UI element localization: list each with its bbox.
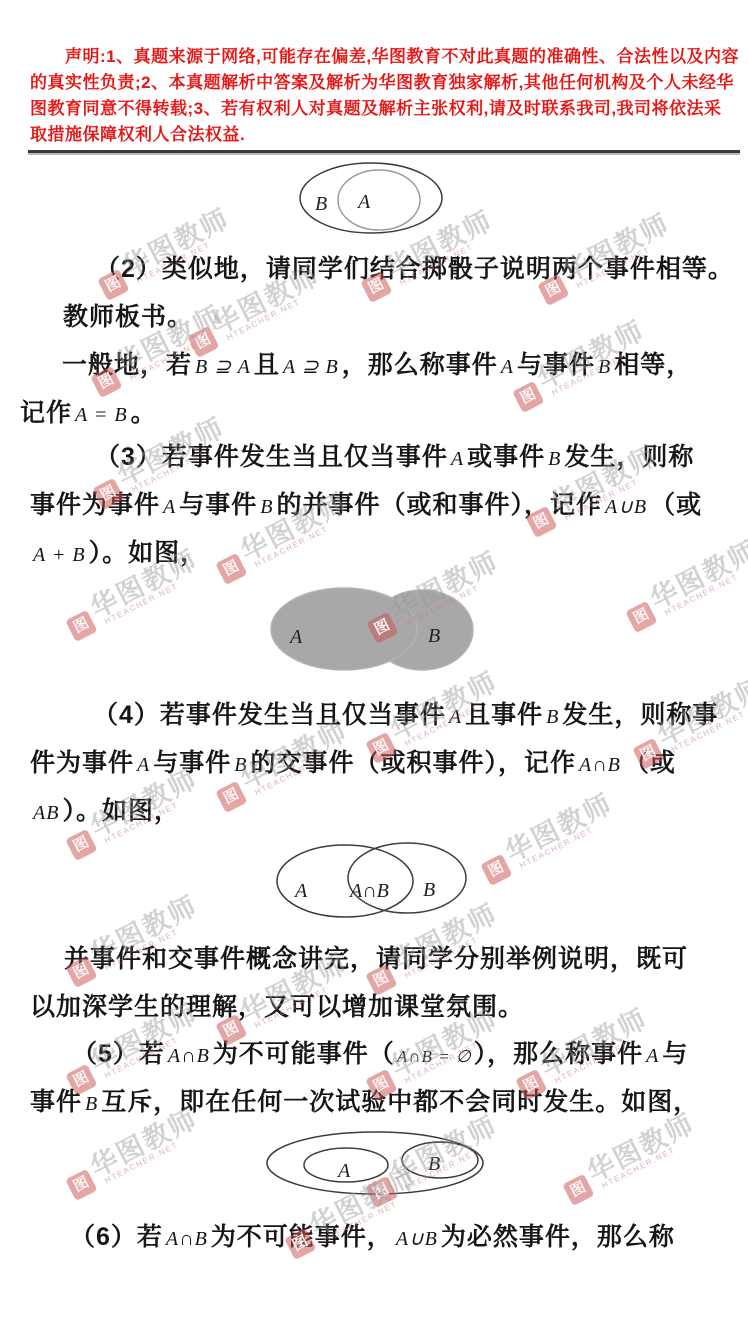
text-run: （5）若 bbox=[72, 1040, 165, 1068]
venn-union: AB bbox=[265, 585, 480, 677]
math-run: A∩B bbox=[163, 1228, 211, 1250]
diagram-label: A∩B bbox=[348, 880, 389, 902]
math-run: A bbox=[498, 356, 517, 378]
divider-rule bbox=[28, 150, 740, 155]
text-run: 且 bbox=[254, 351, 280, 379]
watermark-text: 华图教师 bbox=[647, 537, 748, 613]
watermark-subtext: HTEACHER.NET bbox=[663, 559, 748, 617]
text-run: （6）若 bbox=[70, 1223, 163, 1251]
text-line: 以加深学生的理解，又可以增加课堂氛围。 bbox=[30, 991, 524, 1023]
disclaimer-line: 图教育同意不得转载;3、若有权利人对真题及解析主张权利,请及时联系我司,我司将依… bbox=[30, 94, 722, 119]
text-run: 。 bbox=[131, 399, 157, 427]
watermark-subtext: HTEACHER.NET bbox=[225, 284, 327, 342]
text-run: 且事件 bbox=[465, 701, 543, 729]
huatu-logo-icon: 图 bbox=[512, 381, 544, 413]
text-run: ）。如图， bbox=[62, 797, 180, 825]
math-run: A∪B bbox=[393, 1228, 441, 1250]
text-run: 件为事件 bbox=[30, 749, 134, 777]
text-run: （2）类似地，请同学们结合掷骰子说明两个事件相等。 bbox=[95, 255, 734, 283]
diagram-label: B bbox=[315, 193, 327, 215]
text-run: ），那么称事件 bbox=[474, 1040, 644, 1068]
text-run: 的交事件（或积事件），记作 bbox=[250, 749, 576, 777]
text-run: 发生，则称 bbox=[564, 443, 694, 471]
text-run: （4）若事件发生当且仅当事件 bbox=[93, 701, 446, 729]
text-run: 为不可能事件（ bbox=[213, 1040, 395, 1068]
diagram-label: A bbox=[336, 1160, 351, 1182]
watermark-subtext: HTEACHER.NET bbox=[103, 568, 205, 626]
text-run: 一般地，若 bbox=[62, 351, 192, 379]
disclaimer-line: 的真实性负责;2、本真题解析中答案及解析为华图教育独家解析,其他任何机构及个人未… bbox=[30, 68, 734, 93]
text-run: 的并事件（或和事件），记作 bbox=[276, 491, 602, 519]
text-run: 为必然事件，那么称 bbox=[441, 1223, 675, 1251]
watermark-text: 华图教师 bbox=[584, 1110, 699, 1186]
math-run: A bbox=[160, 496, 179, 518]
watermark: 图华图教师HTEACHER.NET bbox=[621, 537, 748, 633]
text-line: 并事件和交事件概念讲完，请同学分别举例说明，既可 bbox=[64, 943, 688, 975]
text-line: 一般地，若B ⊇ A且A ⊇ B，那么称事件A与事件B相等， bbox=[62, 349, 692, 383]
diagram-label: A bbox=[293, 880, 308, 902]
huatu-logo-icon: 图 bbox=[480, 854, 512, 886]
math-run: B bbox=[543, 706, 562, 728]
diagram-label: A bbox=[288, 626, 303, 648]
text-run: （3）若事件发生当且仅当事件 bbox=[95, 443, 448, 471]
watermark-text: 华图教师 bbox=[502, 790, 617, 866]
text-line: 记作A = B。 bbox=[20, 397, 157, 431]
math-run: B bbox=[545, 448, 564, 470]
text-run: 为不可能事件， bbox=[211, 1223, 393, 1251]
watermark: 图华图教师HTEACHER.NET bbox=[558, 1110, 703, 1206]
math-run: A = B bbox=[72, 404, 131, 426]
text-run: 并事件和交事件概念讲完，请同学分别举例说明，既可 bbox=[64, 945, 688, 973]
text-run: ）。如图， bbox=[89, 539, 207, 567]
diagram-label: A bbox=[356, 191, 371, 213]
venn-mutually-exclusive: AB bbox=[262, 1125, 494, 1205]
text-run: 发生，则称事 bbox=[562, 701, 718, 729]
venn-ellipse bbox=[348, 843, 466, 913]
text-line: （5）若A∩B为不可能事件（A∩B = ∅），那么称事件A与 bbox=[72, 1038, 688, 1073]
math-run: A bbox=[446, 706, 465, 728]
document-page: 图华图教师HTEACHER.NET图华图教师HTEACHER.NET图华图教师H… bbox=[0, 0, 748, 1335]
math-run: A∪B bbox=[602, 496, 650, 518]
text-run: 以加深学生的理解，又可以增加课堂氛围。 bbox=[30, 993, 524, 1021]
venn-ellipse bbox=[338, 170, 420, 230]
math-run: B bbox=[257, 496, 276, 518]
math-run: A∩B bbox=[165, 1045, 213, 1067]
text-run: 与事件 bbox=[153, 749, 231, 777]
venn-subset: BA bbox=[295, 160, 455, 240]
math-run: A∩B bbox=[576, 754, 624, 776]
math-run: A ⊇ B bbox=[280, 356, 342, 378]
text-run: 事件为事件 bbox=[30, 491, 160, 519]
math-run: A bbox=[134, 754, 153, 776]
disclaimer-line: 声明:1、真题来源于网络,可能存在偏差,华图教育不对此真题的准确性、合法性以及内… bbox=[65, 42, 739, 67]
text-line: 事件B互斥，即在任何一次试验中都不会同时发生。如图， bbox=[30, 1086, 699, 1120]
watermark-subtext: HTEACHER.NET bbox=[103, 1127, 205, 1185]
watermark-text-group: 华图教师HTEACHER.NET bbox=[502, 790, 621, 873]
diagram-label: B bbox=[428, 1153, 440, 1175]
math-run: A∩B = ∅ bbox=[395, 1047, 474, 1066]
huatu-logo-icon: 图 bbox=[215, 781, 247, 813]
text-run: 教师板书。 bbox=[63, 303, 193, 331]
text-run: 互斥，即在任何一次试验中都不会同时发生。如图， bbox=[101, 1088, 699, 1116]
text-line: A + B）。如图， bbox=[30, 537, 206, 571]
huatu-logo-icon: 图 bbox=[625, 601, 657, 633]
venn-intersection: AA∩BB bbox=[270, 838, 475, 924]
math-run: A + B bbox=[30, 544, 89, 566]
text-run: 与 bbox=[662, 1040, 688, 1068]
math-run: B bbox=[82, 1093, 101, 1115]
diagram-label: B bbox=[423, 879, 435, 901]
text-line: AB）。如图， bbox=[30, 795, 180, 829]
disclaimer-line: 取措施保障权利人合法权益. bbox=[30, 120, 245, 145]
watermark-text-group: 华图教师HTEACHER.NET bbox=[584, 1110, 703, 1193]
watermark-text-group: 华图教师HTEACHER.NET bbox=[647, 537, 748, 620]
text-run: （或 bbox=[650, 491, 702, 519]
math-run: AB bbox=[30, 802, 62, 824]
text-line: （2）类似地，请同学们结合掷骰子说明两个事件相等。 bbox=[95, 253, 734, 285]
math-run: B ⊇ A bbox=[192, 356, 254, 378]
text-run: 记作 bbox=[20, 399, 72, 427]
watermark: 图华图教师HTEACHER.NET bbox=[476, 790, 621, 886]
huatu-logo-icon: 图 bbox=[65, 829, 97, 861]
huatu-logo-icon: 图 bbox=[215, 553, 247, 585]
text-run: 与事件 bbox=[179, 491, 257, 519]
text-run: 与事件 bbox=[517, 351, 595, 379]
watermark-subtext: HTEACHER.NET bbox=[518, 812, 620, 870]
text-line: 事件为事件A与事件B的并事件（或和事件），记作A∪B（或 bbox=[30, 489, 702, 523]
text-line: （4）若事件发生当且仅当事件A且事件B发生，则称事 bbox=[93, 699, 718, 733]
huatu-logo-icon: 图 bbox=[562, 1174, 594, 1206]
math-run: B bbox=[595, 356, 614, 378]
text-run: （或 bbox=[624, 749, 676, 777]
text-run: 或事件 bbox=[467, 443, 545, 471]
venn-ellipse bbox=[267, 1132, 483, 1194]
math-run: B bbox=[231, 754, 250, 776]
math-run: A bbox=[448, 448, 467, 470]
text-line: 件为事件A与事件B的交事件（或积事件），记作A∩B（或 bbox=[30, 747, 676, 781]
diagram-label: B bbox=[428, 625, 440, 647]
text-line: 教师板书。 bbox=[63, 301, 193, 333]
watermark-subtext: HTEACHER.NET bbox=[600, 1132, 702, 1190]
text-line: （3）若事件发生当且仅当事件A或事件B发生，则称 bbox=[95, 441, 694, 475]
text-run: 事件 bbox=[30, 1088, 82, 1116]
text-run: ，那么称事件 bbox=[342, 351, 498, 379]
huatu-logo-icon: 图 bbox=[65, 1169, 97, 1201]
math-run: A bbox=[643, 1045, 662, 1067]
huatu-logo-icon: 图 bbox=[65, 610, 97, 642]
text-line: （6）若A∩B为不可能事件，A∪B为必然事件，那么称 bbox=[70, 1221, 675, 1255]
text-run: 相等， bbox=[614, 351, 692, 379]
